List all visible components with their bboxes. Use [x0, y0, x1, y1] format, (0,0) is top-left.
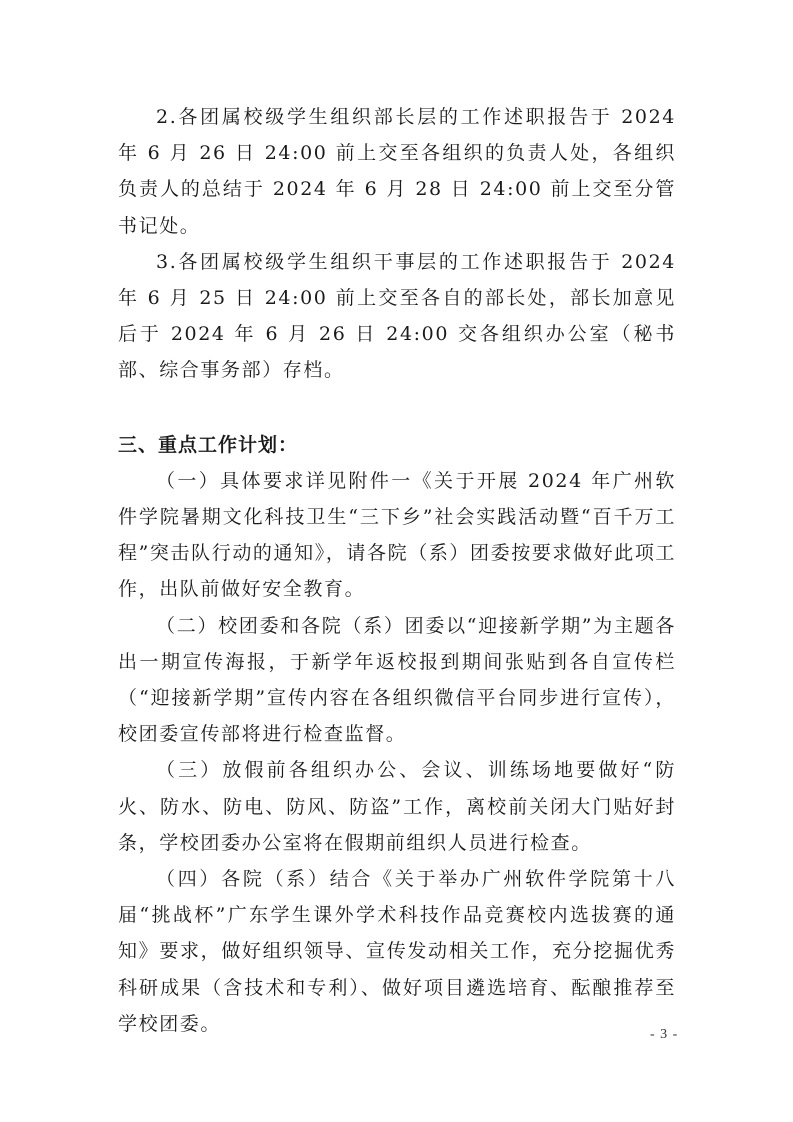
work-plan-item-2: （二）校团委和各院（系）团委以“迎接新学期”为主题各出一期宣传海报，于新学年返校…: [118, 608, 676, 753]
section-heading-key-work-plan: 三、重点工作计划：: [118, 427, 676, 463]
work-plan-item-4: （四）各院（系）结合《关于举办广州软件学院第十八届“挑战杯”广东学生课外学术科技…: [118, 861, 676, 1042]
work-plan-item-1: （一）具体要求详见附件一《关于开展 2024 年广州软件学院暑期文化科技卫生“三…: [118, 463, 676, 608]
document-page: 2.各团属校级学生组织部长层的工作述职报告于 2024 年 6 月 26 日 2…: [118, 99, 676, 1042]
paragraph-report-staff: 3.各团属校级学生组织干事层的工作述职报告于 2024 年 6 月 25 日 2…: [118, 244, 676, 389]
work-plan-item-3: （三）放假前各组织办公、会议、训练场地要做好“防火、防水、防电、防风、防盗”工作…: [118, 752, 676, 861]
paragraph-report-department-heads: 2.各团属校级学生组织部长层的工作述职报告于 2024 年 6 月 26 日 2…: [118, 99, 676, 244]
section-spacer: [118, 389, 676, 427]
page-number: - 3 -: [650, 1027, 678, 1043]
